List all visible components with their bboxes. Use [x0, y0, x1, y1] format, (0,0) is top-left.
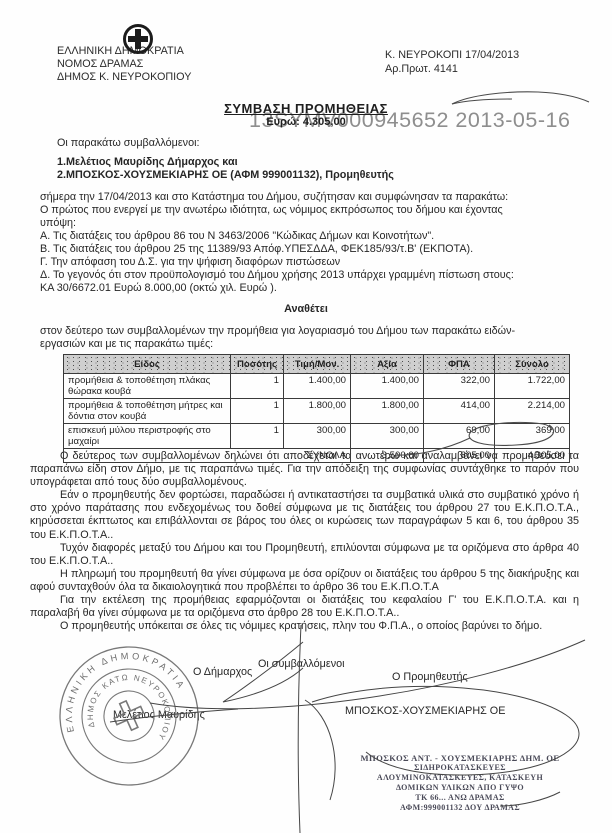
- col-vat: ΦΠΑ: [424, 355, 495, 374]
- term-paragraph-3: Τυχόν διαφορές μεταξύ του Δήμου και του …: [30, 542, 579, 568]
- col-value: Αξία: [351, 355, 424, 374]
- term-paragraph-6: Ο προμηθευτής υπόκειται σε όλες τις νόμι…: [30, 620, 579, 633]
- seal-outer-text: ΕΛΛΗΝΙΚΗ ΔΗΜΟΚΡΑΤΙΑ: [44, 630, 188, 741]
- totals-value: 3.500,00: [351, 449, 424, 463]
- table-row: προμήθεια & τοποθέτηση πλάκας θώρακα κου…: [64, 374, 570, 399]
- item-total: 1.722,00: [495, 374, 570, 399]
- stamp-line-1: ΜΠΟΣΚΟΣ ΑΝΤ. - ΧΟΥΣΜΕΚΙΑΡΗΣ ΔΗΜ. ΟΕ: [340, 753, 580, 763]
- protocol-number: Αρ.Πρωτ. 4141: [385, 63, 519, 77]
- supplier-title: Ο Προμηθευτής: [392, 671, 468, 683]
- assign-line-1: στον δεύτερο των συμβαλλομένων την προμή…: [40, 325, 515, 338]
- col-unit-price: Τιμή/Μον.: [284, 355, 351, 374]
- totals-vat: 805,00: [424, 449, 495, 463]
- company-stamp: ΜΠΟΣΚΟΣ ΑΝΤ. - ΧΟΥΣΜΕΚΙΑΡΗΣ ΔΗΜ. ΟΕ ΣΙΔΗ…: [340, 753, 580, 813]
- item-unit-price: 1.400,00: [284, 374, 351, 399]
- items-table: Είδος Ποσότης Τιμή/Μον. Αξία ΦΠΑ Σύνολο …: [63, 354, 570, 463]
- item-total: 369,00: [495, 424, 570, 449]
- col-qty: Ποσότης: [231, 355, 284, 374]
- assign-line-2: εργασιών και με τις παρακάτω τιμές:: [40, 338, 213, 351]
- item-qty: 1: [231, 374, 284, 399]
- signatures-heading: Οι συμβαλλόμενοι: [258, 658, 345, 670]
- consideration-d: Δ. Το γεγονός ότι στον προϋπολογισμό του…: [40, 269, 514, 282]
- totals-label: ΣΥΝΟΛΑ: [64, 449, 351, 463]
- table-row: προμήθεια & τοποθέτηση μήτρες και δόντια…: [64, 399, 570, 424]
- item-description: επισκευή μύλου περιστροφής στο μαχαίρι: [64, 424, 231, 449]
- authority-line-2: ΝΟΜΟΣ ΔΡΑΜΑΣ: [57, 58, 191, 71]
- intro-line-2: Ο πρώτος που ενεργεί με την ανωτέρω ιδιό…: [40, 204, 503, 217]
- opening-line: Οι παρακάτω συμβαλλόμενοι:: [57, 137, 199, 150]
- item-vat: 414,00: [424, 399, 495, 424]
- term-paragraph-5: Για την εκτέλεση της προμήθειας εφαρμόζο…: [30, 594, 579, 620]
- consideration-d-cont: ΚΑ 30/6672.01 Ευρώ 8.000,00 (οκτώ χιλ. Ε…: [40, 282, 277, 295]
- item-value: 1.400,00: [351, 374, 424, 399]
- table-row: επισκευή μύλου περιστροφής στο μαχαίρι 1…: [64, 424, 570, 449]
- item-unit-price: 300,00: [284, 424, 351, 449]
- mayor-name: Μελέτιος Μαυρίδης: [113, 709, 205, 721]
- authority-line-3: ΔΗΜΟΣ Κ. ΝΕΥΡΟΚΟΠΙΟΥ: [57, 71, 191, 84]
- stamp-line-6: ΑΦΜ:999001132 ΔΟΥ ΔΡΑΜΑΣ: [340, 803, 580, 813]
- stamp-line-5: ΤΚ 66... ΑΝΩ ΔΡΑΜΑΣ: [340, 793, 580, 803]
- consideration-a: Α. Τις διατάξεις του άρθρου 86 του Ν 346…: [40, 230, 434, 243]
- totals-row: ΣΥΝΟΛΑ 3.500,00 805,00 4.305,00: [64, 449, 570, 463]
- assign-heading: Αναθέτει: [0, 303, 612, 316]
- scanned-contract-page: { "header": { "authority_lines": ["ΕΛΛΗΝ…: [0, 0, 612, 833]
- col-total: Σύνολο: [495, 355, 570, 374]
- place-date: Κ. ΝΕΥΡΟΚΟΠΙ 17/04/2013: [385, 49, 519, 63]
- mayor-title: Ο Δήμαρχος: [193, 666, 252, 678]
- term-paragraph-2: Εάν ο προμηθευτής δεν φορτώσει, παραδώσε…: [30, 489, 579, 541]
- item-vat: 322,00: [424, 374, 495, 399]
- supplier-name: ΜΠΟΣΚΟΣ-ΧΟΥΣΜΕΚΙΑΡΗΣ ΟΕ: [345, 705, 505, 717]
- item-unit-price: 1.800,00: [284, 399, 351, 424]
- stamp-line-2: ΣΙΔΗΡΟΚΑΤΑΣΚΕΥΕΣ: [340, 763, 580, 773]
- date-protocol-block: Κ. ΝΕΥΡΟΚΟΠΙ 17/04/2013 Αρ.Πρωτ. 4141: [385, 49, 519, 76]
- item-qty: 1: [231, 424, 284, 449]
- col-item: Είδος: [64, 355, 231, 374]
- stamp-line-4: ΔΟΜΙΚΩΝ ΥΛΙΚΩΝ ΑΠΟ ΓΥΨΟ: [340, 783, 580, 793]
- item-total: 2.214,00: [495, 399, 570, 424]
- intro-line-3: υπόψη:: [40, 217, 76, 230]
- consideration-c: Γ. Την απόφαση του Δ.Σ. για την ψήφιση δ…: [40, 256, 340, 269]
- svg-text:ΕΛΛΗΝΙΚΗ ΔΗΜΟΚΡΑΤΙΑ: ΕΛΛΗΝΙΚΗ ΔΗΜΟΚΡΑΤΙΑ: [44, 630, 188, 741]
- table-header-row: Είδος Ποσότης Τιμή/Μον. Αξία ΦΠΑ Σύνολο: [64, 355, 570, 374]
- document-title: ΣΥΜΒΑΣΗ ΠΡΟΜΗΘΕΙΑΣ: [0, 101, 612, 116]
- consideration-b: Β. Τις διατάξεις του άρθρου 25 της 11389…: [40, 243, 473, 256]
- authority-line-1: ΕΛΛΗΝΙΚΗ ΔΗΜΟΚΡΑΤΙΑ: [57, 45, 191, 58]
- contract-amount: Ευρώ: 4.305,00: [0, 116, 612, 128]
- item-description: προμήθεια & τοποθέτηση μήτρες και δόντια…: [64, 399, 231, 424]
- contract-terms: Ο δεύτερος των συμβαλλομένων δηλώνει ότι…: [30, 450, 579, 633]
- item-qty: 1: [231, 399, 284, 424]
- item-value: 1.800,00: [351, 399, 424, 424]
- term-paragraph-4: Η πληρωμή του προμηθευτή θα γίνει σύμφων…: [30, 568, 579, 594]
- issuing-authority-block: ΕΛΛΗΝΙΚΗ ΔΗΜΟΚΡΑΤΙΑ ΝΟΜΟΣ ΔΡΑΜΑΣ ΔΗΜΟΣ Κ…: [57, 45, 191, 84]
- item-value: 300,00: [351, 424, 424, 449]
- item-description: προμήθεια & τοποθέτηση πλάκας θώρακα κου…: [64, 374, 231, 399]
- item-vat: 69,00: [424, 424, 495, 449]
- stamp-line-3: ΑΛΟΥΜΙΝΟΚΑΤΑΣΚΕΥΕΣ, ΚΑΤΑΣΚΕΥΗ: [340, 773, 580, 783]
- party-2: 2.ΜΠΟΣΚΟΣ-ΧΟΥΣΜΕΚΙΑΡΗΣ ΟΕ (ΑΦΜ 999001132…: [57, 169, 394, 182]
- intro-line-1: σήμερα την 17/04/2013 και στο Κατάστημα …: [40, 191, 508, 204]
- party-1: 1.Μελέτιος Μαυρίδης Δήμαρχος και: [57, 156, 238, 169]
- totals-grand-total: 4.305,00: [495, 449, 570, 463]
